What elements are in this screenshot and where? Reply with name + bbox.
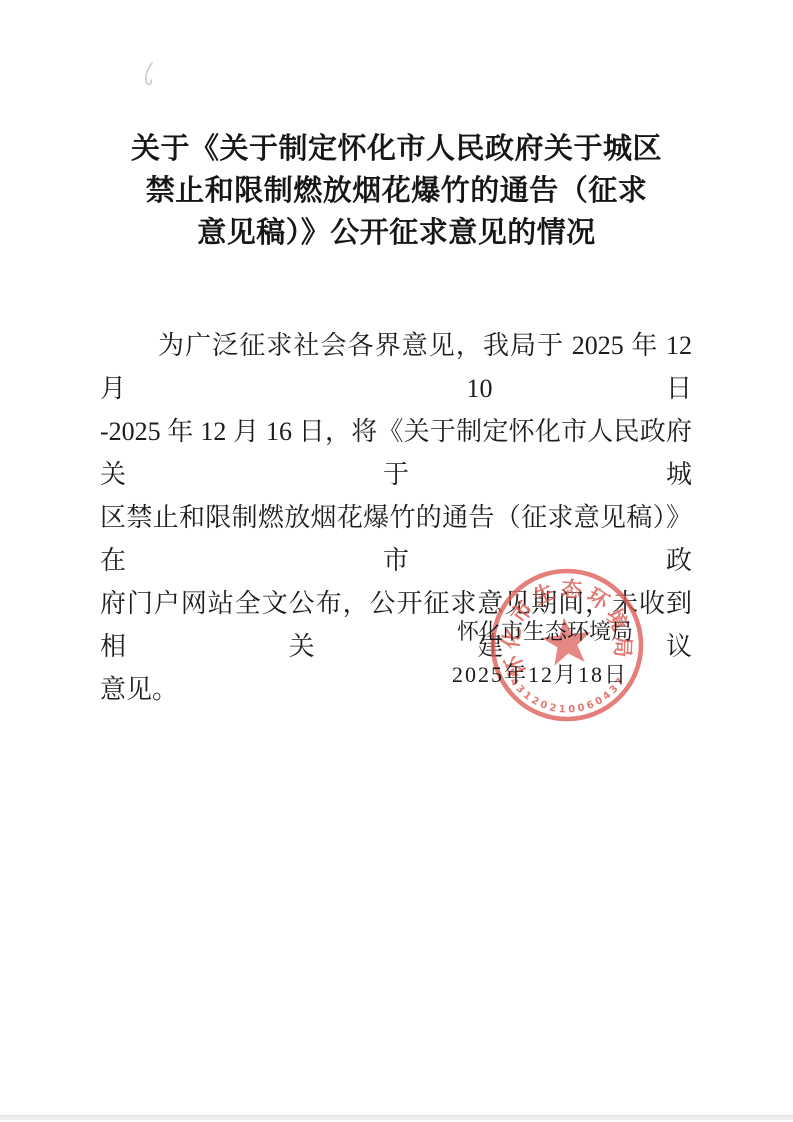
signature-issuer: 怀化市生态环境局: [457, 615, 633, 646]
svg-text:2: 2: [548, 702, 557, 714]
title-line: 意见稿）》公开征求意见的情况: [0, 212, 793, 254]
svg-text:环: 环: [582, 583, 614, 615]
scan-page-edge: [0, 1115, 793, 1120]
document-page: 关于《关于制定怀化市人民政府关于城区 禁止和限制燃放烟花爆竹的通告（征求 意见稿…: [0, 0, 793, 1122]
document-title: 关于《关于制定怀化市人民政府关于城区 禁止和限制燃放烟花爆竹的通告（征求 意见稿…: [0, 128, 793, 254]
svg-text:0: 0: [577, 702, 586, 714]
svg-text:生: 生: [529, 579, 558, 610]
body-line: -2025 年 12 月 16 日，将《关于制定怀化市人民政府关于城: [100, 410, 692, 496]
title-line: 关于《关于制定怀化市人民政府关于城区: [0, 128, 793, 170]
signature-date: 2025年12月18日: [452, 658, 628, 689]
svg-text:1: 1: [558, 704, 566, 715]
title-line: 禁止和限制燃放烟花爆竹的通告（征求: [0, 170, 793, 212]
body-line: 为广泛征求社会各界意见，我局于 2025 年 12 月 10 日: [100, 324, 692, 410]
svg-text:0: 0: [568, 704, 576, 715]
svg-text:态: 态: [560, 577, 584, 603]
pen-mark: [136, 60, 162, 94]
svg-text:0: 0: [538, 699, 548, 712]
